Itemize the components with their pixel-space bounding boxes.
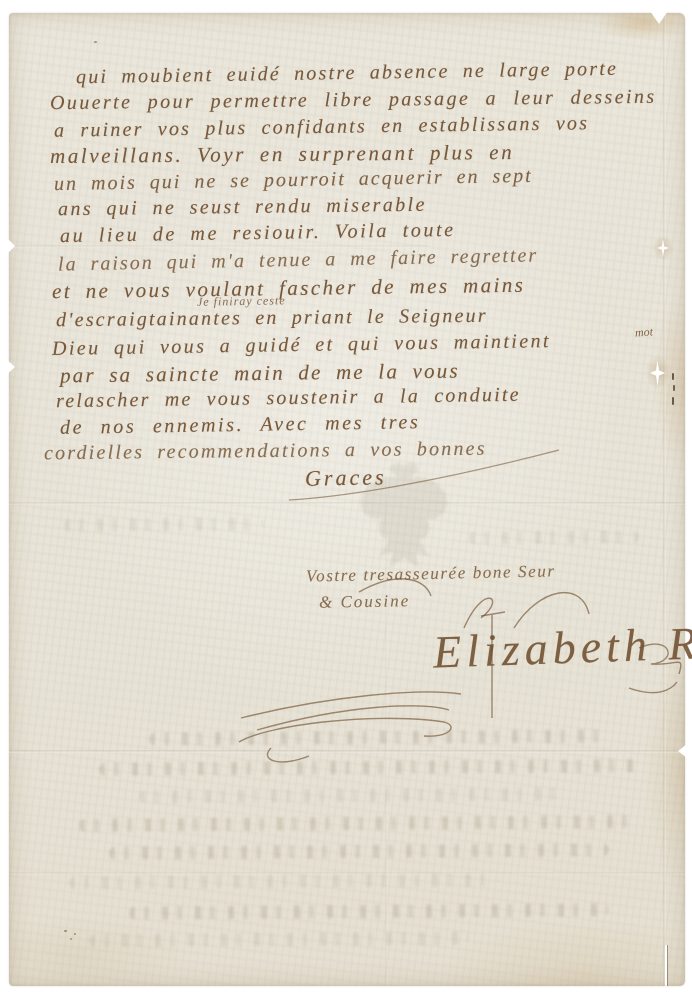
letter-page: qui moubient euidé nostre absence ne lar…	[9, 13, 685, 986]
ink-speck	[672, 373, 674, 380]
body-line: de nos ennemis. Avec mes tres	[60, 411, 421, 440]
fold-crease-horizontal	[9, 502, 685, 505]
body-line: cordielles recommendations a vos bonnes	[44, 438, 487, 466]
show-through-line	[149, 729, 609, 745]
fold-crease-horizontal	[9, 750, 685, 753]
dirt-speck	[94, 41, 97, 43]
body-line: malveillans. Voyr en surprenant plus en	[50, 140, 514, 169]
body-line: qui moubient euidé nostre absence ne lar…	[76, 58, 618, 90]
body-line: d'escraigtainantes en priant le Seigneur	[56, 305, 488, 333]
valediction-line2: & Cousine	[319, 591, 411, 613]
manuscript-letter-photo: qui moubient euidé nostre absence ne lar…	[0, 0, 692, 1000]
show-through-line	[109, 843, 609, 859]
closing-word: Graces	[305, 464, 387, 491]
body-line: Dieu qui vous a guidé et qui vous mainti…	[52, 330, 551, 361]
show-through-line	[139, 788, 559, 804]
dirt-speck	[70, 938, 72, 940]
dirt-speck	[74, 933, 76, 935]
show-through-line	[129, 903, 609, 919]
body-line: et ne vous voulant fascher de mes mains	[52, 273, 526, 305]
show-through-line	[89, 932, 469, 948]
dirt-speck	[64, 930, 67, 932]
show-through-line	[469, 530, 639, 544]
body-line: au lieu de me resiouir. Voila toute	[60, 219, 456, 248]
valediction-line1: Vostre tresasseurée bone Seur	[306, 561, 556, 586]
show-through-line	[79, 815, 639, 832]
show-through-line	[69, 873, 499, 889]
show-through-line	[99, 759, 639, 776]
ink-speck	[672, 397, 674, 405]
body-line: relascher me vous soustenir a la conduit…	[56, 384, 521, 413]
show-through-line	[64, 517, 264, 531]
royal-signature: Elizabeth R	[432, 616, 692, 678]
body-line: a ruiner vos plus confidants en establis…	[54, 112, 589, 142]
edge-tear-shadow	[667, 945, 668, 986]
body-line: ans qui ne seust rendu miserable	[58, 194, 427, 222]
body-line: un mois qui ne se pourroit acquerir en s…	[54, 165, 533, 196]
fold-crease-vertical	[663, 13, 666, 986]
body-line: par sa saincte main de me la vous	[60, 359, 460, 389]
marginal-word: mot	[634, 324, 653, 340]
body-line: la raison qui m'a tenue a me faire regre…	[58, 244, 539, 276]
ink-speck	[673, 385, 675, 391]
interline-insertion: Je finiray ceste	[197, 293, 286, 310]
body-line: Ouuerte pour permettre libre passage a l…	[50, 86, 657, 115]
